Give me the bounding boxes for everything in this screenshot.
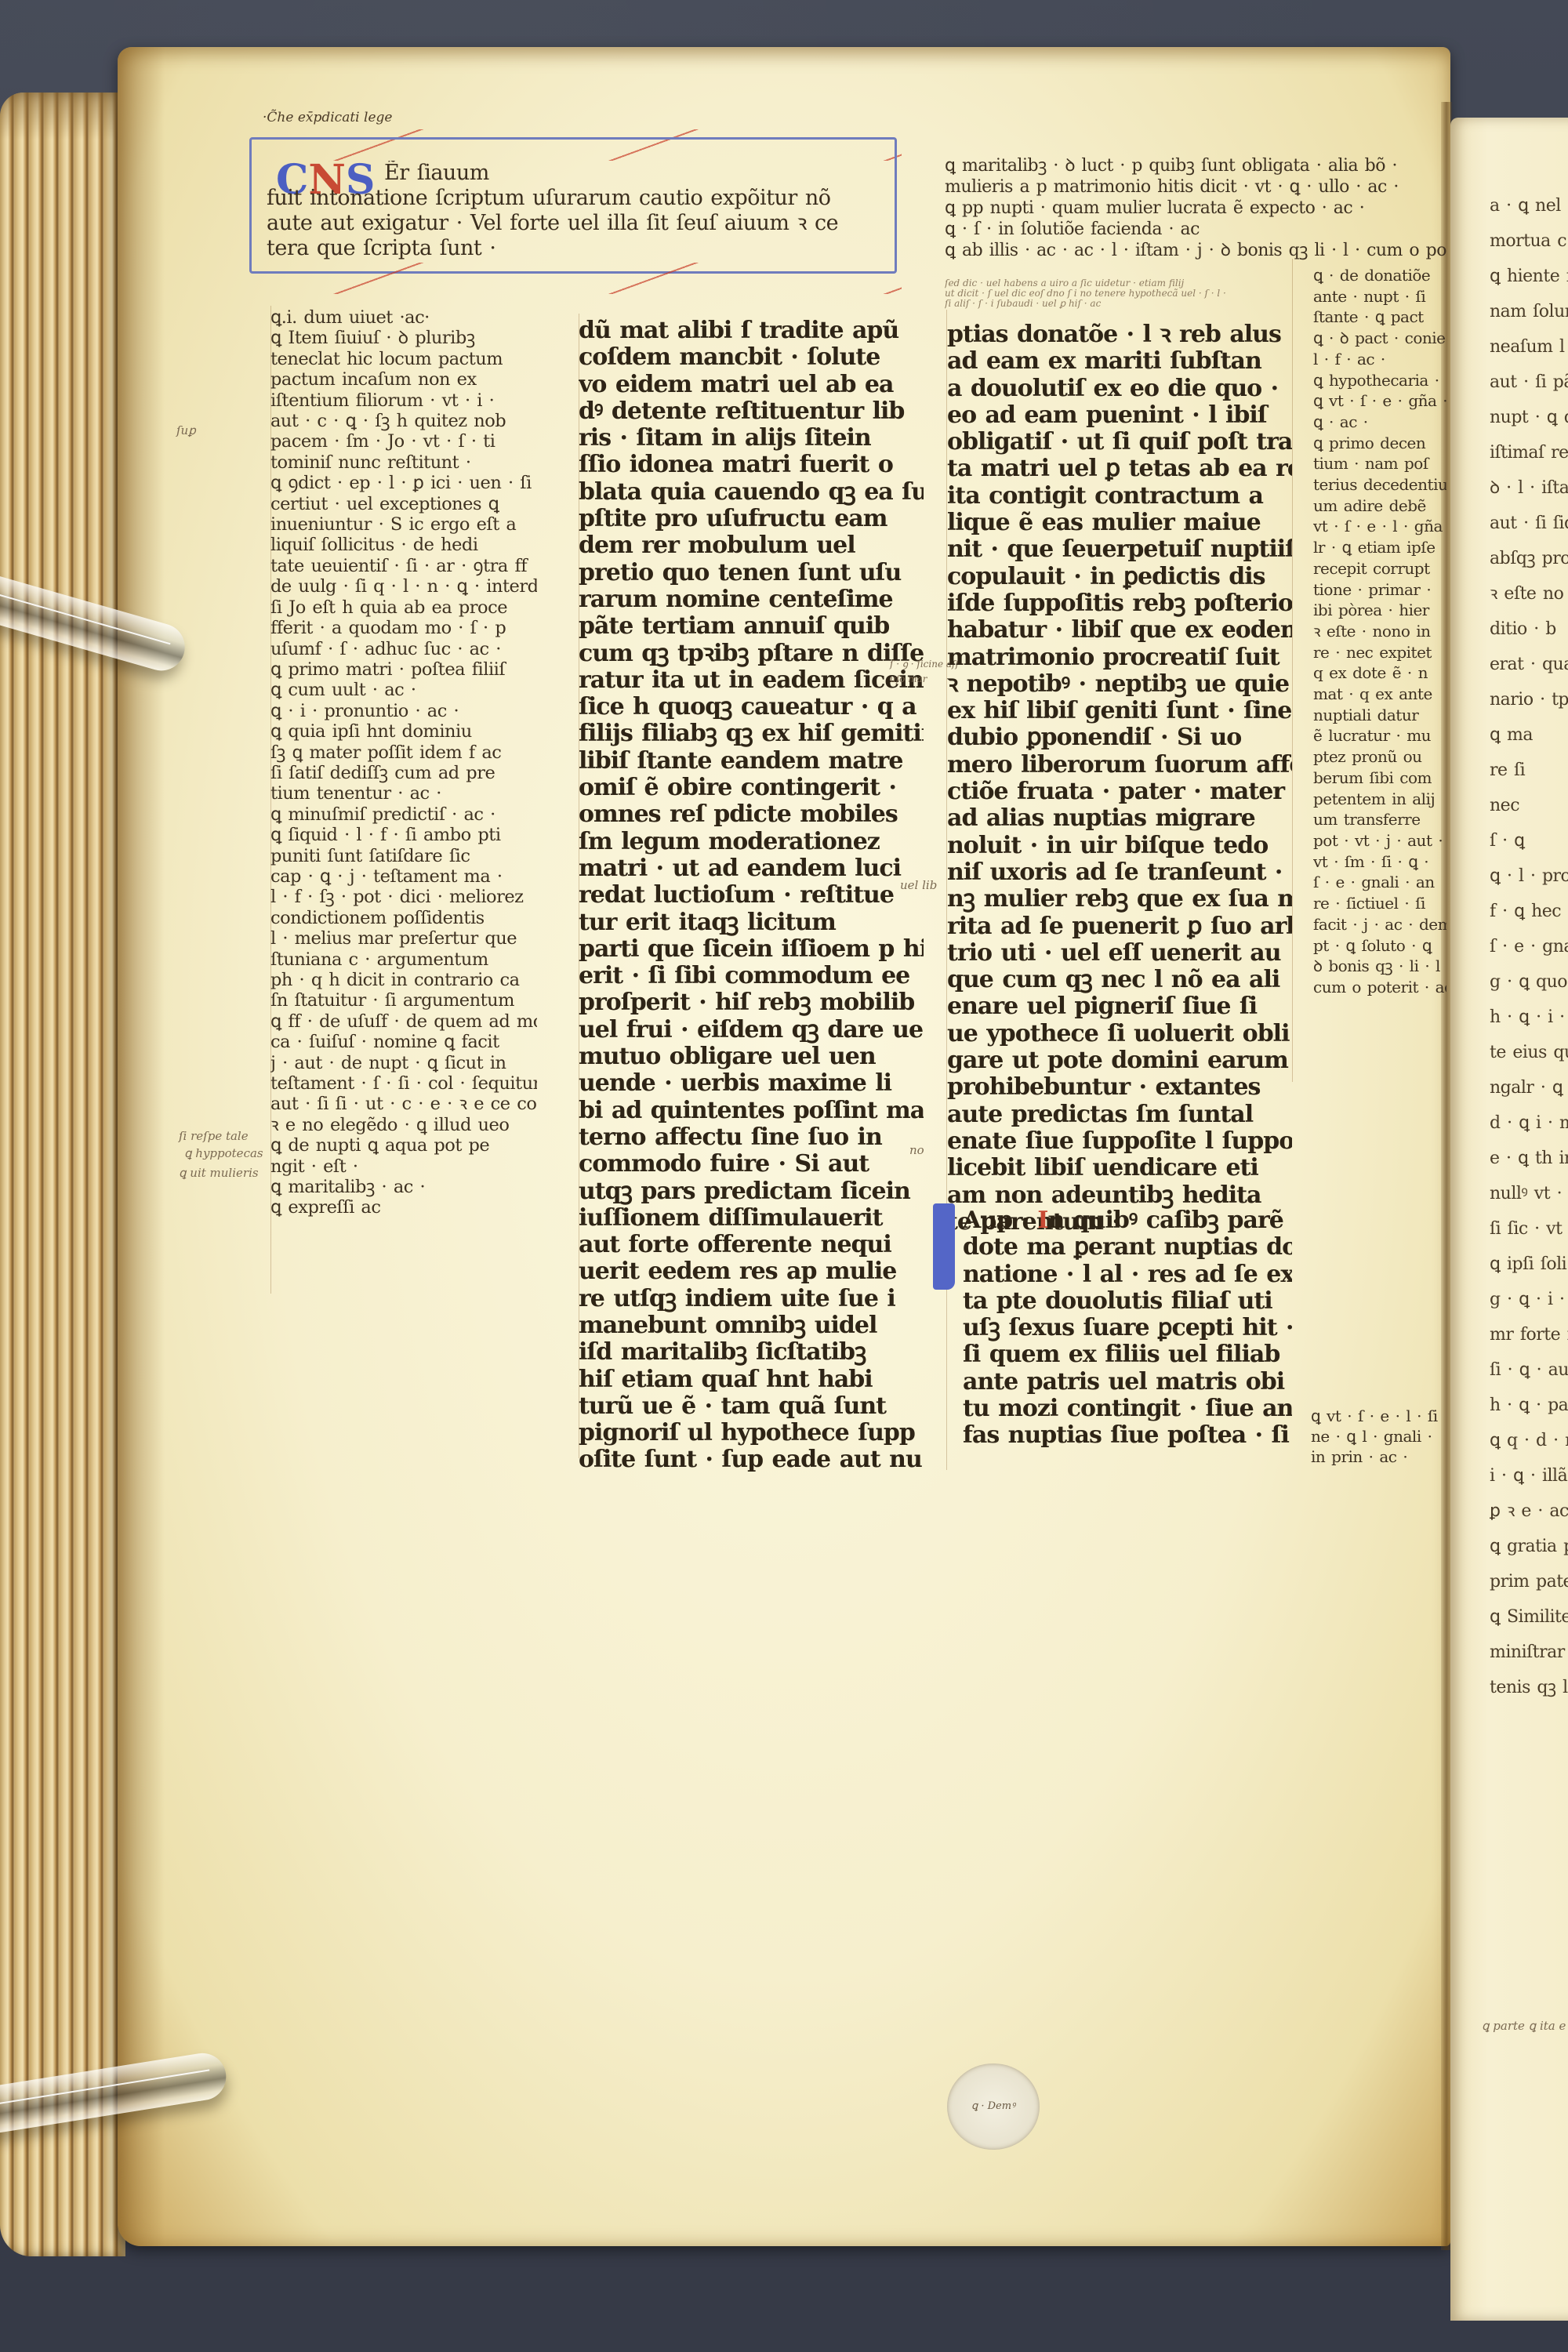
main-text-line: rita ad ſe puenerit ꝑ ſuo arbi: [947, 913, 1292, 940]
gloss-line: pot · vt · j · aut ·: [1313, 830, 1446, 851]
gloss-line: ꝗ hypothecaria ·b: [1313, 370, 1446, 391]
main-text-line: enare uel pigneriſ ſiue ſi: [947, 993, 1292, 1020]
main-text-column-2: ptias donatõe · l ꝛ reb alusad eam ex ma…: [947, 321, 1292, 1236]
gloss-line: ꝛ eſte · nono in: [1313, 621, 1446, 642]
rubric-flourish-bottom: [259, 263, 902, 294]
running-gloss-line: mulieris a p matrimonio hitis dicit · vt…: [945, 176, 1446, 198]
running-gloss-line: ꝗ maritalibꝫ · ꝺ luct · p quibꝫ ſunt obl…: [945, 155, 1446, 176]
gloss-line: ꝗ · ꝺ pact · conie: [1313, 328, 1446, 349]
recto-gloss-text: a · ꝗ nel · lremmortua cꝗ hiente ſnam ſo…: [1490, 188, 1568, 1705]
main-text-line: tur erit itaqꝫ licitum: [579, 909, 924, 936]
recto-gloss-line: ꝗ hiente ſ: [1490, 259, 1568, 294]
recto-gloss-line: g · ꝗ · i · terno o: [1490, 1282, 1568, 1317]
gloss-line: aut · c · ꝗ · ſꝫ h quitez nob: [270, 411, 537, 431]
main-text-line: pretio quo tenen ſunt uſu: [579, 560, 924, 586]
recto-page-partial: a · ꝗ nel · lremmortua cꝗ hiente ſnam ſo…: [1450, 118, 1568, 2321]
section-initial-i-decorated: [933, 1203, 955, 1290]
faint-interlinear-note: ſed dic · uel habens a uiro a ſic uidetu…: [945, 278, 1274, 309]
gloss-line: re · nec expitet: [1313, 642, 1446, 663]
recto-gloss-line: ſ · e · gnali · p: [1490, 929, 1568, 964]
recto-gloss-line: h · ꝗ · i · eius pare: [1490, 1000, 1568, 1035]
gloss-line: cum o poterit · ac: [1313, 977, 1446, 998]
recto-gloss-line: mr forte ſ: [1490, 1317, 1568, 1352]
rubric-line: aute aut exigatur · Vel forte uel illa ſ…: [267, 211, 886, 236]
gloss-line: ſtuniana c · argumentum: [270, 949, 537, 970]
gloss-line: ꝗ de nupti ꝗ aqua pot pe: [270, 1135, 537, 1156]
recto-gloss-line: ꝗ · l · pro · ac ·: [1490, 858, 1568, 894]
gloss-line: ſi ſatiſ dediſſꝫ cum ad pre: [270, 763, 537, 783]
main-text-line: trio uti · uel eſſ uenerit au: [947, 940, 1292, 967]
main-text-line: ex hiſ libiſ geniti ſunt · ſine: [947, 698, 1292, 724]
gloss-line: tione · primar ·: [1313, 579, 1446, 601]
gloss-line: q ex dote ẽ · n: [1313, 662, 1446, 684]
recto-gloss-line: h · ꝗ · pari · ac ·: [1490, 1388, 1568, 1423]
main-text-line: ſm legum moderationez: [579, 829, 924, 855]
gloss-line: ſn ſtatuitur · ſi argumentum: [270, 990, 537, 1011]
gloss-line: iſtentium filiorum · vt · i ·: [270, 390, 537, 411]
main-text-line: enate ſiue ſuppoſite l ſuppoſite: [947, 1128, 1292, 1155]
main-text-line: am non adeuntibꝫ hedita: [947, 1182, 1292, 1209]
gloss-line: ſi Jo eſt h quia ab ea proce: [270, 597, 537, 618]
gloss-line: ꝗ ff · de uſuſf · de quem ad mo: [270, 1011, 537, 1032]
main-text-line: ad eam ex mariti ſubſtan: [947, 348, 1292, 375]
main-text-line: prohibebuntur · extantes: [947, 1074, 1292, 1101]
gloss-line: ꝗ · i · pronuntio · ac ·: [270, 701, 537, 721]
left-margin-note: ꝗ hyppotecas: [184, 1146, 263, 1161]
main-text-line: ſice h quoqꝫ caueatur · q a: [579, 694, 924, 720]
main-text-line: pignoriſ ul hypothece ſupp: [579, 1420, 924, 1446]
gloss-line: nuptiali datur: [1313, 705, 1446, 726]
gloss-line: inueniuntur · S ic ergo eſt a: [270, 514, 537, 535]
main-text-line: turũ ue ẽ · tam quã ſunt: [579, 1393, 924, 1420]
recto-gloss-line: neaſum l: [1490, 329, 1568, 365]
top-margin-note: ·C̃he ex̄pdicati lege: [263, 110, 392, 125]
gloss-line: de uulg · ſi q · l · n · ꝗ · interdum: [270, 576, 537, 597]
left-margin-note: ſi reſpe tale: [179, 1129, 249, 1144]
main-text-line: ſi quem ex filiis uel filiab: [963, 1341, 1292, 1368]
gloss-line: facit · j · ac · dem: [1313, 914, 1446, 935]
recto-gloss-line: ſi ſic · vt · ſ ·: [1490, 1211, 1568, 1247]
gloss-line: ꝗ minuſmiſ predictiſ · ac ·: [270, 804, 537, 825]
running-gloss-line: ꝗ · ſ · in ſolutiõe facienda · ac: [945, 219, 1446, 240]
gloss-line: ante · nupt · ſi: [1313, 286, 1446, 307]
left-margin-note: ꝗ uit mulieris: [179, 1166, 259, 1181]
gloss-line: teneclat hic locum pactum: [270, 349, 537, 369]
running-gloss-line: ꝗ pp nupti · quam mulier lucrata ẽ expec…: [945, 198, 1446, 219]
main-text-line: proſperit · hiſ rebꝫ mobilib: [579, 989, 924, 1016]
main-text-line: redat luctioſum · reſtitue: [579, 882, 924, 909]
gloss-line: ꝗ cum uult · ac ·e: [270, 680, 537, 700]
right-gloss-column: ꝗ · de donatiõeante · nupt · ſiſtante · …: [1313, 265, 1446, 998]
main-text-line: nit · que ſeuerpetuiſ nuptiiſ: [947, 536, 1292, 563]
recto-gloss-line: f · ꝗ hec eadem ſi: [1490, 894, 1568, 929]
rubric-line: tera que ſcripta ſunt ·: [267, 236, 886, 261]
gloss-line: ph · q h dicit in contrario ca: [270, 970, 537, 990]
main-text-line: que cum qꝫ nec l nõ ea ali: [947, 967, 1292, 993]
main-text-line: dote ma ꝑerant nuptias do: [963, 1234, 1292, 1261]
main-text-line: natione · l al · res ad ſe exal: [963, 1261, 1292, 1288]
main-text-line: eo ad eam puenint · l ibiſ: [947, 402, 1292, 429]
main-text-line: ꝛ nepotibꝰ · neptibꝫ ue quie: [947, 671, 1292, 698]
main-text-line: gare ut pote domini earum: [947, 1047, 1292, 1074]
left-margin-note: ſuꝑ: [176, 423, 196, 438]
main-text-line: lique ẽ eas mulier maiue: [947, 510, 1292, 536]
gloss-line: certiut · uel exceptiones ꝗ: [270, 494, 537, 514]
main-text-line: aut forte offerente nequi: [579, 1232, 924, 1258]
gloss-line: lr · ꝗ etiam ipſe: [1313, 537, 1446, 558]
main1-margin-note: no: [909, 1143, 924, 1158]
section-rubric-label: Aup ·: [963, 1207, 1037, 1234]
main-text-line: fas nuptias ſiue poſtea · ſi: [963, 1422, 1292, 1449]
main-text-line: uſꝫ ſexus ſuare ꝑcepti hit ·: [963, 1315, 1292, 1341]
main-text-column-1: dũ mat alibi ſ tradite apũcoſdem mancbit…: [579, 318, 924, 1474]
main-text-line: mero liberorum ſuorum affe: [947, 752, 1292, 779]
main-text-line: cum qꝫ tpꝛibꝫ pſtare n diſſe: [579, 641, 924, 667]
gloss-line: puniti ſunt ſatiſdare ſici: [270, 846, 537, 866]
recto-gloss-line: iſtimaſ red: [1490, 435, 1568, 470]
recto-gloss-line: tenis qꝫ li · l ·: [1490, 1670, 1568, 1705]
gloss-line: l · f · ſꝫ · pot · dici · meliorez: [270, 887, 537, 907]
gloss-line: ꝗ vt · ſ · e · gña ·c: [1313, 390, 1446, 412]
section-first-line: Aup · In quibꝰ caſibꝫ parẽ: [963, 1207, 1292, 1234]
right-gloss-bottom-note: ꝗ vt · ſ · e · l · ſine · ꝗ l · gnali ·i…: [1311, 1406, 1444, 1467]
gloss-line: vt · ſ · e · l · gña: [1313, 516, 1446, 537]
main-text-line: pãte tertiam annuiſ quib: [579, 613, 924, 640]
main-text-line: ad alias nuptias migrare: [947, 805, 1292, 832]
recto-gloss-line: i · ꝗ · illã · ſ ·: [1490, 1458, 1568, 1494]
main-text-line: ue ypothece ſi uoluerit obli: [947, 1021, 1292, 1047]
main-text-line: mutuo obligare uel uen: [579, 1044, 924, 1070]
gloss-line: ꝺ bonis qꝫ · li · l ·: [1313, 956, 1446, 977]
section-text: Aup · In quibꝰ caſibꝫ parẽdote ma ꝑerant…: [963, 1207, 1292, 1450]
main-text-line: oſite ſunt · ſup eade aut nu: [579, 1446, 924, 1473]
main-text-line: re utſqꝫ indiem uite ſue i: [579, 1286, 924, 1312]
main-text-line: aute predictas ſm ſuntal: [947, 1102, 1292, 1128]
rubric-first-word: Ẽr ſiauum: [267, 161, 886, 186]
main-text-line: omnes reſ pdicte mobiles: [579, 801, 924, 828]
gloss-line: petentem in alij: [1313, 789, 1446, 810]
main-text-line: ctiõe fruata · pater · mater ne: [947, 779, 1292, 805]
running-gloss-line: ꝗ ab illis · ac · ac · l · iſtam · j · ꝺ…: [945, 240, 1446, 261]
gloss-line: aut · ſi ſi · ut · c · e · ꝛ e ce coz: [270, 1094, 537, 1114]
main-text-line: blata quia cauendo qꝫ ea ſu: [579, 479, 924, 506]
recto-gloss-line: ꝗ gratia p: [1490, 1529, 1568, 1564]
main-text-line: iſd maritalibꝫ ſicſtatibꝫ: [579, 1339, 924, 1366]
faint-note-line: ſi aliſ · ſ · i ſubaudi · uel ꝑ hiſ · ac: [945, 299, 1274, 309]
main-text-line: iuſſionem diſſimulauerit: [579, 1205, 924, 1232]
recto-gloss-line: miniſtrar: [1490, 1635, 1568, 1670]
gloss-line: j · aut · de nupt · ꝗ ſicut in: [270, 1053, 537, 1073]
main-text-line: noluit · in uir biſque tedo: [947, 833, 1292, 859]
main-text-line: habatur · libiſ que ex eodem: [947, 617, 1292, 644]
gloss-line: fferit · a quodam mo · ſ · p: [270, 618, 537, 638]
rubric-text: Ẽr ſiauum fuit intonatione ſcriptum uſur…: [267, 161, 886, 261]
recto-gloss-line: nupt · ꝗ qui: [1490, 400, 1568, 435]
fore-edge-pages: [0, 93, 125, 2256]
recto-gloss-line: ꝗ ipſi ſoli · c: [1490, 1247, 1568, 1282]
gloss-line: ptez pronũ ou: [1313, 746, 1446, 768]
gloss-line: cap · ꝗ · j · teſtament ma ·: [270, 866, 537, 887]
recto-gloss-line: a · ꝗ nel · lrem: [1490, 188, 1568, 223]
main-text-line: parti que ſicein iſſioem p hi: [579, 936, 924, 963]
ruling-line: [1292, 259, 1293, 1082]
main-text-line: ris · ſitam in alijs ſitein: [579, 425, 924, 452]
main-text-line: obligatiſ · ut ſi quiſ poſt tradi: [947, 429, 1292, 456]
main-text-line: a douolutiſ ex eo die quo ·: [947, 376, 1292, 402]
recto-gloss-line: ngalr · ꝗ in h: [1490, 1070, 1568, 1105]
recto-gloss-line: g · ꝗ quo ad iſte: [1490, 964, 1568, 1000]
faint-note-line: ſed dic · uel habens a uiro a ſic uidetu…: [945, 278, 1274, 289]
gloss-line: ſtante · ꝗ pact: [1313, 307, 1446, 328]
gloss-line: ngit · eſt ·: [270, 1156, 537, 1177]
main-text-line: omiſ ẽ obire contingerit ·: [579, 775, 924, 801]
recto-gloss-line: abſqꝫ pro: [1490, 541, 1568, 576]
gloss-line: ꝗ quia ipſi hnt dominiuf: [270, 721, 537, 742]
gloss-line: ꝗ · ac ·: [1313, 412, 1446, 433]
recto-gloss-line: mortua c: [1490, 223, 1568, 259]
main-text-line: licebit libiſ uendicare eti: [947, 1155, 1292, 1181]
recto-gloss-line: nam ſolum: [1490, 294, 1568, 329]
main-text-line: dem rer mobulum uel: [579, 532, 924, 559]
recto-gloss-line: d · ꝗ i · matrimo: [1490, 1105, 1568, 1141]
gloss-line: recepit corrupt: [1313, 558, 1446, 579]
recto-gloss-line: aut · ſi pãc: [1490, 365, 1568, 400]
gloss-line: tominiſ nunc reſtitunt ·: [270, 452, 537, 473]
main-text-line: dubio ꝑponendiſ · Si uo: [947, 724, 1292, 751]
gloss-line: um adire debẽ: [1313, 495, 1446, 517]
main1-margin-note: uel lib: [900, 878, 937, 893]
gloss-line: ꝗ Item ſiuiuſ · ꝺ pluribꝫb: [270, 328, 537, 348]
gloss-line: pacem · ſm · Jo · vt · ſ · ti: [270, 431, 537, 452]
section-red-initial: I: [1037, 1207, 1047, 1234]
gloss-line: l · melius mar preſertur que: [270, 928, 537, 949]
gloss-line: ibi pòrea · hier: [1313, 600, 1446, 621]
gloss-line: l · f · ac ·: [1313, 349, 1446, 370]
main-text-line: matri · ut ad eandem luci: [579, 855, 924, 882]
gloss-line: ꝗ · de donatiõe: [1313, 265, 1446, 286]
left-gloss-column: ꝗ.i. dum uiuet ·ac·aꝗ Item ſiuiuſ · ꝺ pl…: [270, 307, 537, 1218]
recto-gloss-line: e · ꝗ th indiuiſ: [1490, 1141, 1568, 1176]
main-text-line: ta pte douolutis filiaſ uti: [963, 1288, 1292, 1315]
main-text-line: ſſio idonea matri fuerit o: [579, 452, 924, 478]
main-text-line: uel frui · eiſdem qꝫ dare uel: [579, 1017, 924, 1044]
main-text-line: ratur ita ut in eadem ſicein: [579, 667, 924, 694]
gloss-line: tium tenentur · ac ·: [270, 783, 537, 804]
main-text-line: tu mozi contingit · ſiue an: [963, 1396, 1292, 1422]
main-text-line: filijs filiabꝫ qꝫ ex hiſ gemitiſ: [579, 720, 924, 747]
main-text-line: libiſ ſtante eandem matre: [579, 748, 924, 775]
main-text-line: uende · uerbis maxime li: [579, 1070, 924, 1097]
gloss-line: tate ueuientiſ · ſi · ar · ꝯtra ff: [270, 556, 537, 576]
gloss-line: in prin · ac ·: [1311, 1446, 1444, 1467]
main-text-line: copulauit · in ꝑedictis dis: [947, 564, 1292, 590]
main-text-line: uerit eedem res ap mulie: [579, 1258, 924, 1285]
main-text-line: utqꝫ pars predictam ſicein: [579, 1178, 924, 1205]
main-text-line: matrimonio procreatiſ ſuit: [947, 644, 1292, 671]
gloss-line: pt · ꝗ ſoluto · ꝗ: [1313, 935, 1446, 956]
main-text-line: ta matri uel ꝑ tetas ab ea reſ · ſi: [947, 456, 1292, 482]
recto-gloss-line: erat · qua: [1490, 647, 1568, 682]
main-text-line: erit · ſi ſibi commodum ee: [579, 963, 924, 989]
gloss-line: ꝗ ſiquid · l · f · ſi ambo ptih: [270, 825, 537, 845]
recto-gloss-line: nec: [1490, 788, 1568, 823]
gloss-line: ꝗ maritalibꝫ · ac ·k: [270, 1177, 537, 1197]
recto-gloss-line: ꝺ · l · iſtam: [1490, 470, 1568, 506]
gloss-line: ne · ꝗ l · gnali ·: [1311, 1426, 1444, 1446]
gloss-line: liquiſ ſollicitus · de hedi: [270, 535, 537, 555]
recto-gloss-line: ꝗ q · d · nec: [1490, 1423, 1568, 1458]
gloss-line: ſꝫ ꝗ mater poſſit idem f acg: [270, 742, 537, 763]
rubric-line: fuit intonatione ſcriptum uſurarum cauti…: [267, 186, 886, 211]
main-text-line: terno affectu ſine ſuo in: [579, 1124, 924, 1151]
recto-gloss-line: nullꝰ vt · a: [1490, 1176, 1568, 1211]
main-text-line: dꝰ detente reſtituentur lib: [579, 398, 924, 425]
library-stamp: ꝗ · Demꝰ: [947, 2063, 1040, 2150]
gloss-line: berum ſibi com: [1313, 768, 1446, 789]
main-text-line: coſdem mancbit · ſolute: [579, 344, 924, 371]
gloss-line: ꝗ ꝯdict · ep · l · ꝑ ici · uen · ſic: [270, 473, 537, 493]
main-text-line: iſde ſuppoſitis rebꝫ poſterior: [947, 590, 1292, 617]
main-text-line: commodo fuire · Si aut: [579, 1151, 924, 1178]
main-text-line: nꝫ mulier rebꝫ que ex ſua ma: [947, 886, 1292, 913]
recto-gloss-line: ꝗ Similiter: [1490, 1599, 1568, 1635]
main-text-line: niſ uxoris ad ſe tranſeunt ·: [947, 859, 1292, 886]
recto-gloss-line: ſ · ꝗ: [1490, 823, 1568, 858]
recto-gloss-line: aut · ſi ſiq: [1490, 506, 1568, 541]
gloss-line: uſumf · ſ · adhuc ſuc · ac ·: [270, 639, 537, 659]
gloss-line: condictionem poſſidentis: [270, 908, 537, 928]
gloss-line: um transferre: [1313, 809, 1446, 830]
gloss-line: ẽ lucratur · mu: [1313, 725, 1446, 746]
faint-note-line: ut dicit · ſ uel dic eoſ dno ſ i no tene…: [945, 289, 1274, 299]
main-text-line: rarum nomine centeſime: [579, 586, 924, 613]
main-text-line: ante patris uel matris obi: [963, 1369, 1292, 1396]
recto-gloss-line: ꝛ eſte no ·: [1490, 576, 1568, 612]
main-text-line: ita contigit contractum a: [947, 483, 1292, 510]
section-line-text: n quibꝰ caſibꝫ parẽ: [1047, 1207, 1283, 1234]
gloss-line: terius decedentium: [1313, 474, 1446, 495]
recto-gloss-line: ꝗ ma: [1490, 717, 1568, 753]
gloss-line: ꝗ primo decend: [1313, 433, 1446, 454]
gloss-line: vt · ſm · ſi · ꝗ ·: [1313, 851, 1446, 873]
gloss-line: ꝛ e no elegẽdo · ꝗ illud ueo: [270, 1115, 537, 1135]
main-text-line: dũ mat alibi ſ tradite apũ: [579, 318, 924, 344]
recto-bottom-note: ꝗ parte ꝗ ita e: [1482, 2019, 1566, 2034]
main-text-line: vo eidem matri uel ab ea: [579, 372, 924, 398]
recto-gloss-line: prim pater: [1490, 1564, 1568, 1599]
main-text-line: hiſ etiam quaſ hnt habi: [579, 1367, 924, 1393]
recto-gloss-line: ꝑ ꝛ e · ac: [1490, 1494, 1568, 1529]
main-text-line: bi ad quintentes poſſint ma: [579, 1098, 924, 1124]
recto-gloss-line: nario · tp: [1490, 682, 1568, 717]
gloss-line: ꝗ.i. dum uiuet ·ac·a: [270, 307, 537, 328]
gloss-line: mat · q ex ante: [1313, 684, 1446, 705]
recto-gloss-line: ſi · ꝗ · aut ·: [1490, 1352, 1568, 1388]
gloss-line: pactum incaſum non ex: [270, 369, 537, 390]
gloss-line: ꝗ vt · ſ · e · l · ſi: [1311, 1406, 1444, 1426]
main-text-line: manebunt omnibꝫ uidel: [579, 1312, 924, 1339]
main-column-2-top-gloss: ꝗ maritalibꝫ · ꝺ luct · p quibꝫ ſunt obl…: [945, 155, 1446, 261]
main-text-line: pſtite pro uſufructu eam: [579, 506, 924, 532]
gloss-line: ca · ſuiſuſ · nomine ꝗ facit: [270, 1032, 537, 1052]
gloss-line: re · ſictiuel · ſi: [1313, 893, 1446, 914]
gloss-line: ꝗ expreſſi acl: [270, 1197, 537, 1218]
gloss-line: ſ · e · gnali · an: [1313, 872, 1446, 893]
recto-gloss-line: te eius quip: [1490, 1035, 1568, 1070]
gloss-line: ꝗ primo matri · poſtea filiiſd: [270, 659, 537, 680]
main-text-line: ptias donatõe · l ꝛ reb alus: [947, 321, 1292, 348]
recto-gloss-line: re ſi: [1490, 753, 1568, 788]
gloss-line: tium · nam poſ: [1313, 453, 1446, 474]
recto-gloss-line: ditio · b: [1490, 612, 1568, 647]
gloss-line: teſtament · ſ · ſi · col · ſequitur: [270, 1073, 537, 1094]
